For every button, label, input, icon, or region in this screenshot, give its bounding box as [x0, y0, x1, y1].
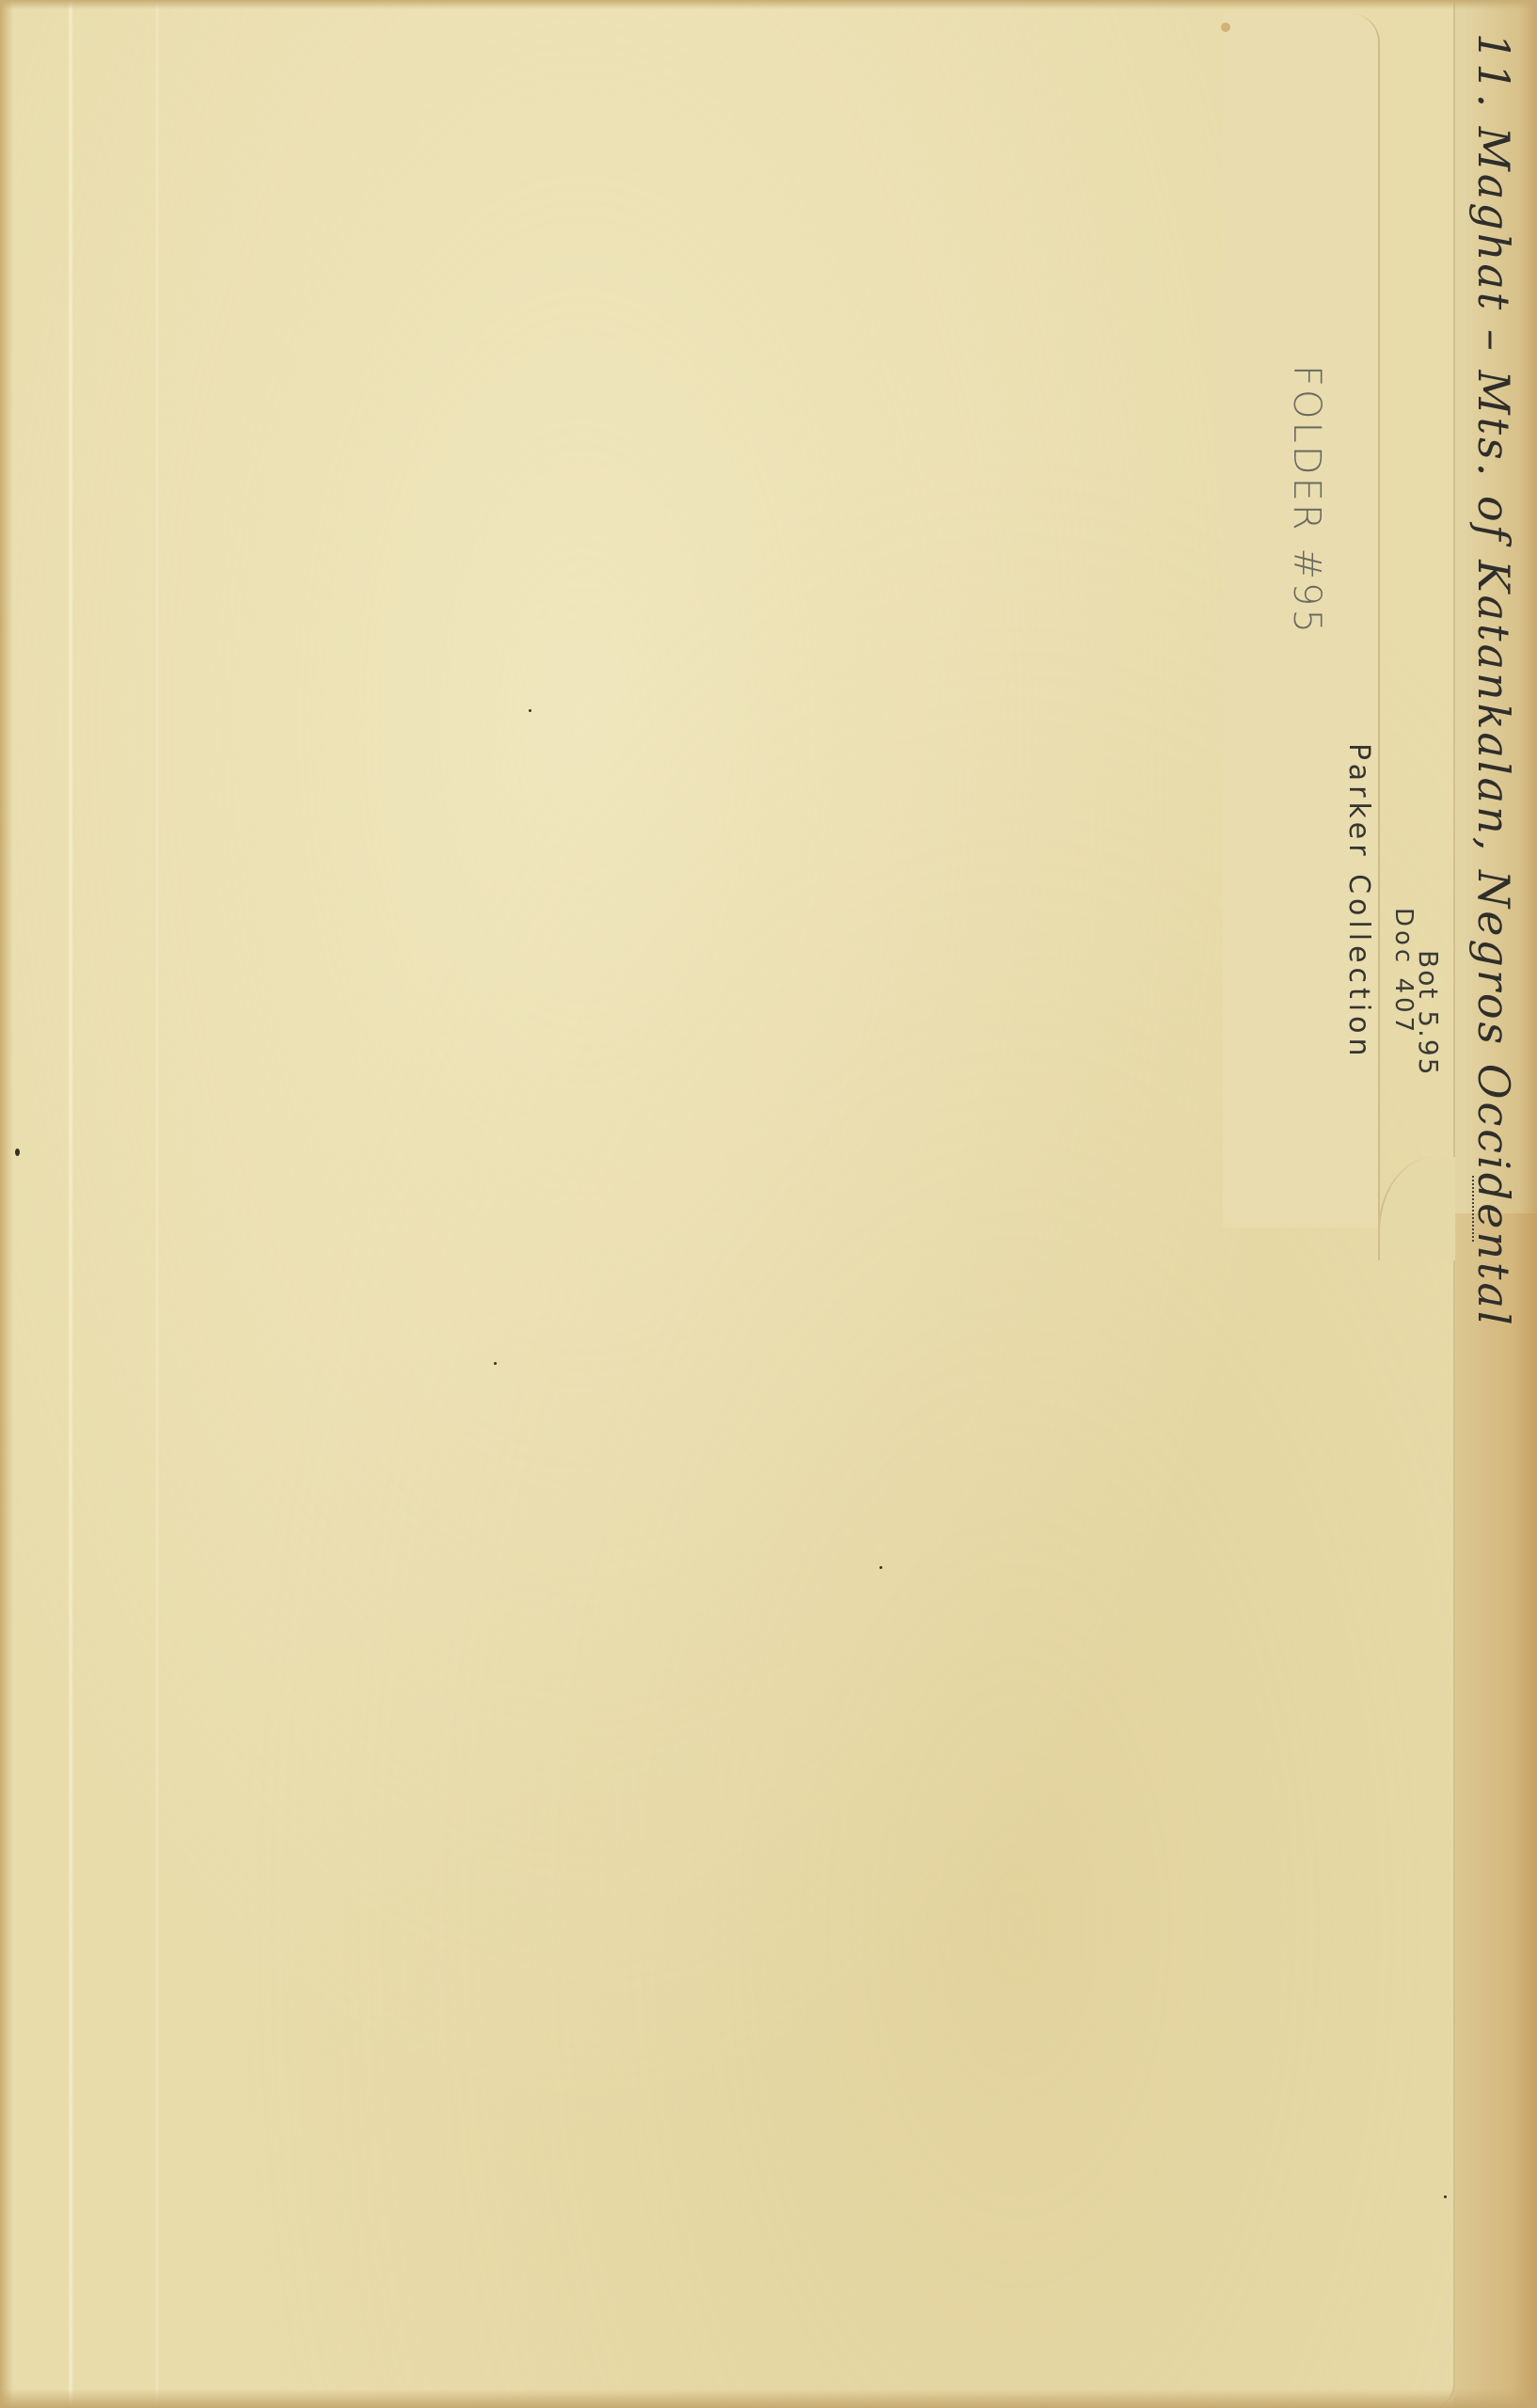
bottom-edge-shadow: [0, 2389, 1537, 2408]
fold-line-secondary: [155, 0, 159, 2408]
folder-number-handwriting: FOLDER #95: [1285, 365, 1328, 636]
folder-back-flap-lower: [1453, 1213, 1537, 2408]
collection-label-handwriting: Parker Collection: [1342, 743, 1375, 1060]
speck-mark: [1444, 2195, 1447, 2198]
stain-mark: [1221, 23, 1230, 32]
speck-mark: [879, 1566, 882, 1569]
doc-note-handwriting: Doc 407: [1389, 908, 1418, 1036]
speck-mark: [494, 1362, 497, 1365]
left-edge-shadow: [0, 0, 13, 2408]
top-edge-shadow: [0, 0, 1537, 9]
speck-mark: [529, 709, 531, 712]
fold-line: [68, 0, 73, 2408]
tab-title-handwriting: 11. Maghat – Mts. of Katankalan, Negros …: [1468, 33, 1519, 1328]
speck-mark: [15, 1149, 20, 1156]
title-underline: [1472, 1176, 1476, 1242]
